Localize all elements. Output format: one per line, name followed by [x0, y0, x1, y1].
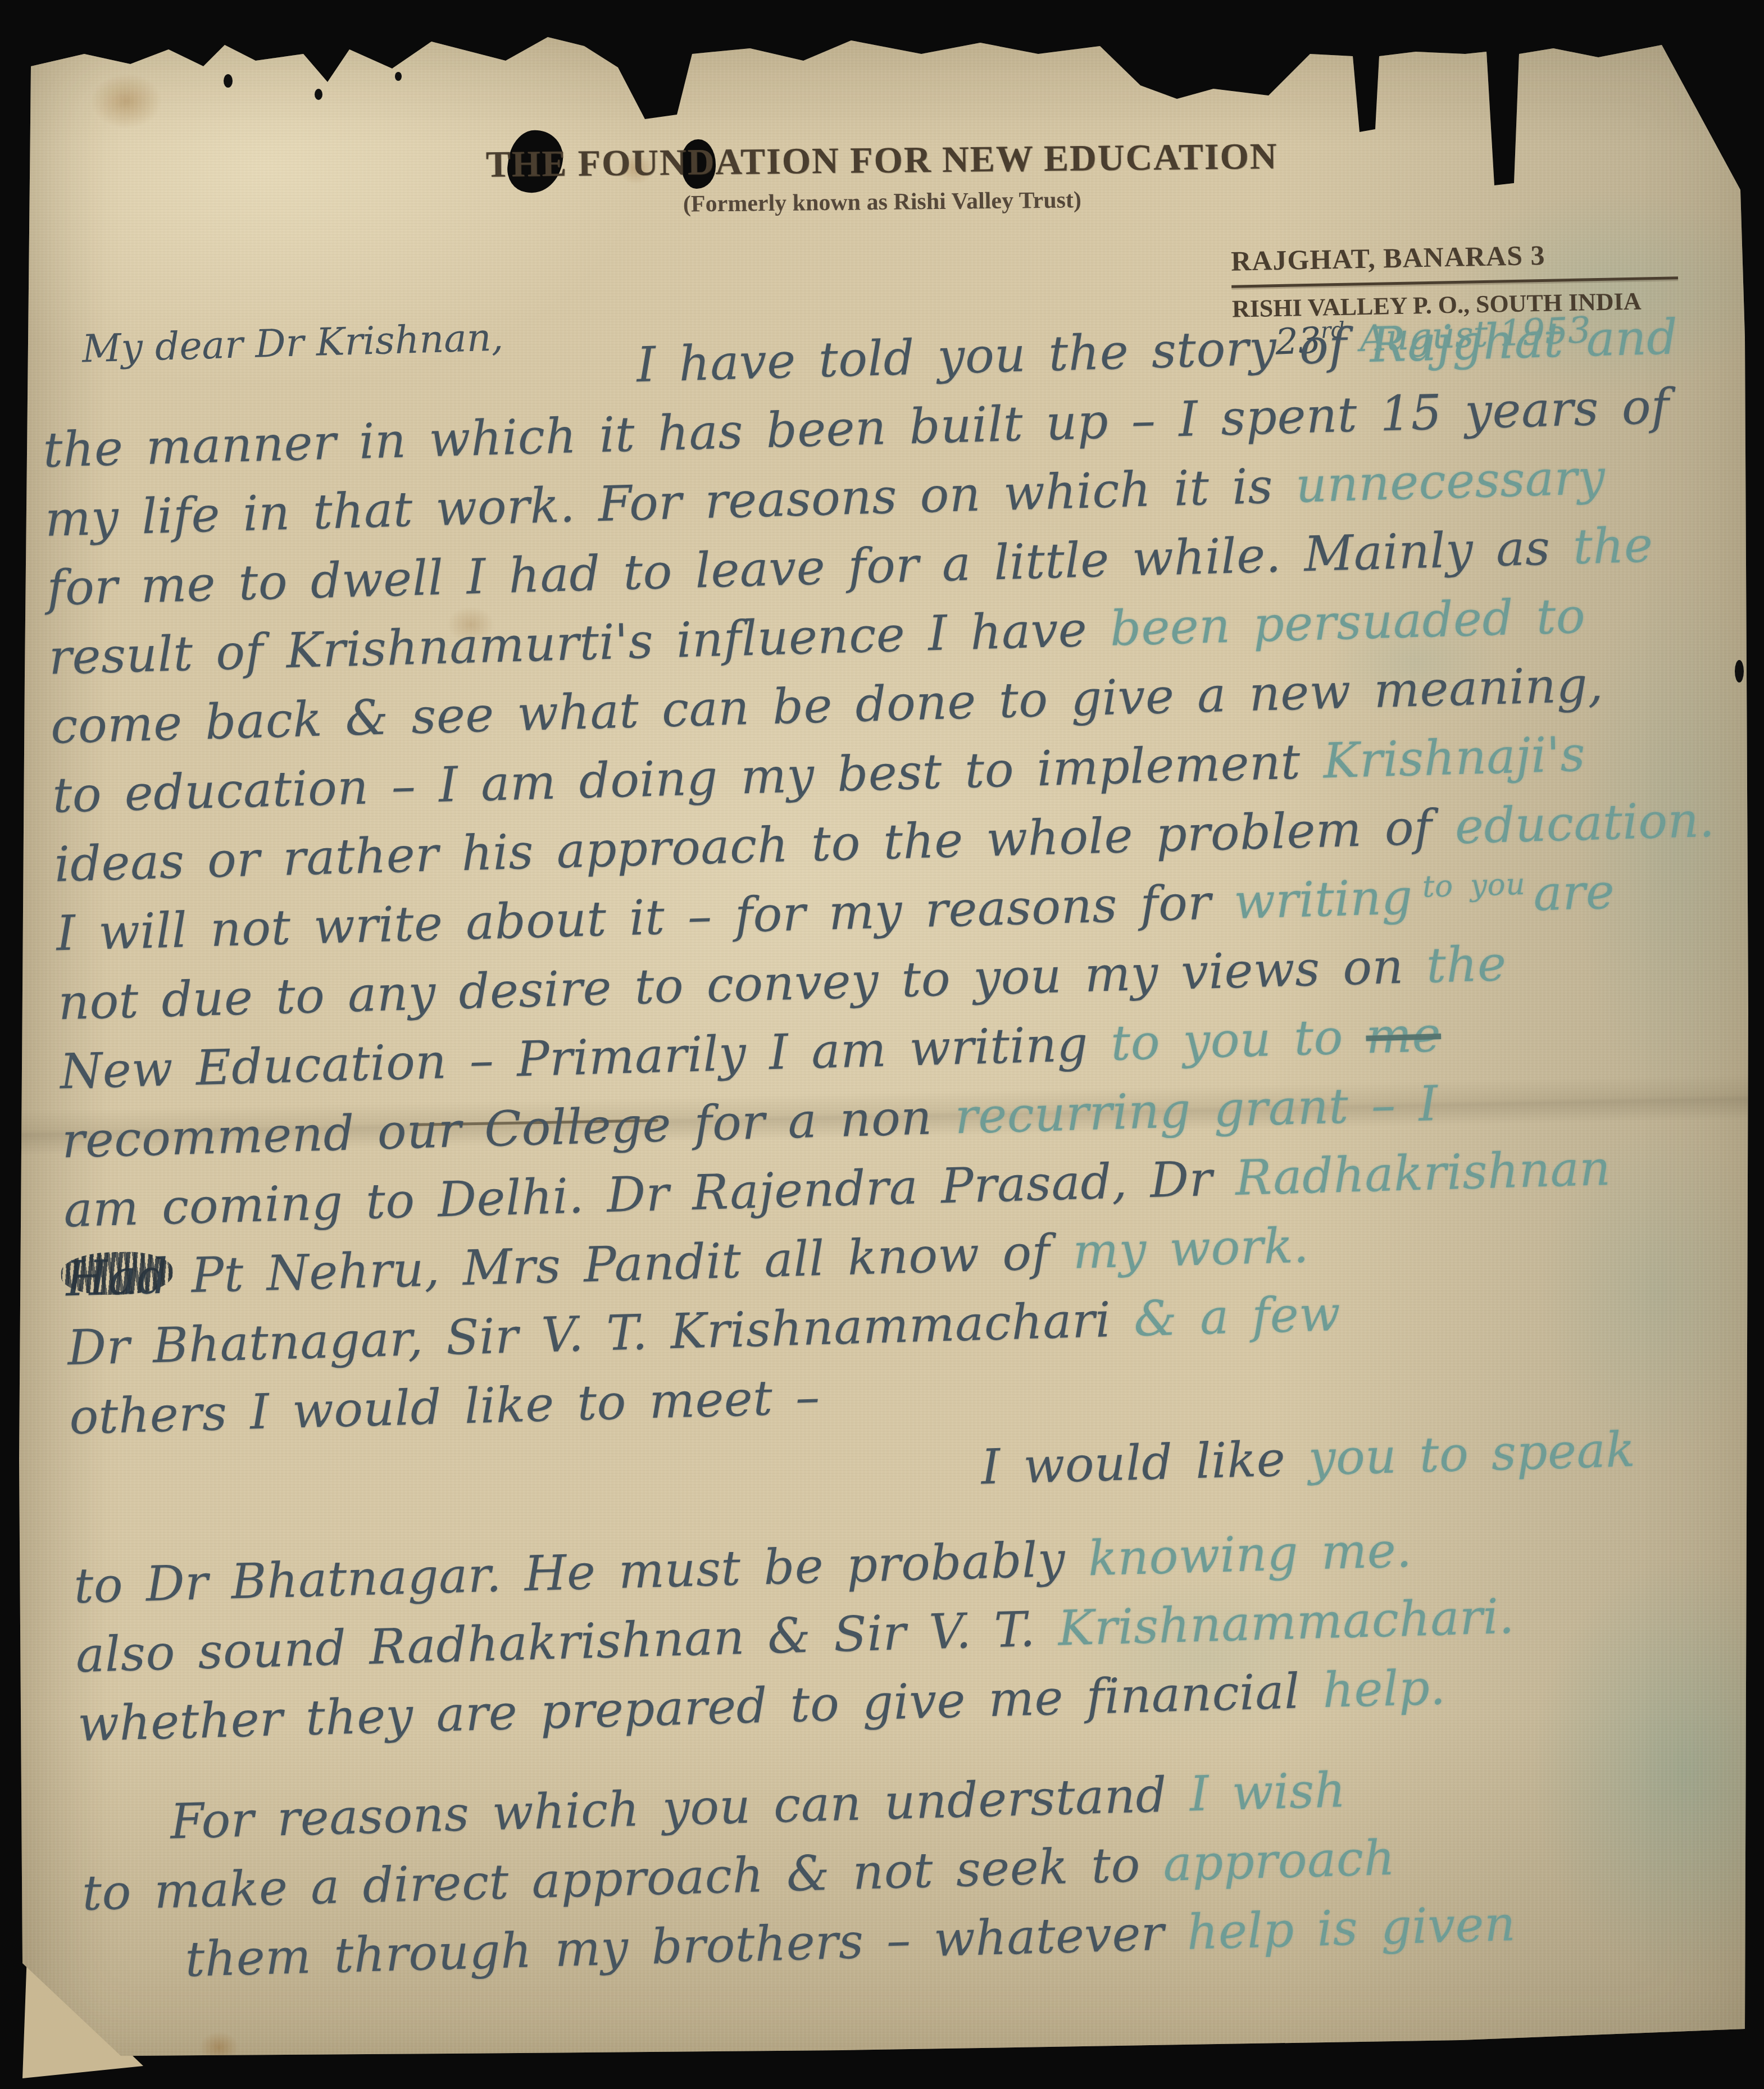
letterhead: THE FOUNDATION FOR NEW EDUCATION (Former… — [0, 130, 1764, 225]
text-segment: I would like — [980, 1431, 1309, 1496]
letter-paper: THE FOUNDATION FOR NEW EDUCATION (Former… — [0, 0, 1764, 2089]
text-segment: Radhakrishnan — [1235, 1140, 1612, 1207]
text-segment: help. — [1322, 1659, 1446, 1719]
text-segment: Krishnammachari. — [1057, 1589, 1515, 1657]
text-segment: writing — [1233, 869, 1413, 930]
text-segment: education. — [1454, 792, 1716, 855]
text-segment: knowing me. — [1088, 1522, 1413, 1587]
text-segment: the — [1426, 936, 1507, 994]
text-segment: approach — [1162, 1830, 1396, 1892]
text-segment: help is given — [1186, 1896, 1516, 1961]
address-line-1: RAJGHAT, BANARAS 3 — [1231, 236, 1678, 277]
text-segment: recurring grant – I — [954, 1076, 1439, 1145]
text-segment: I wish — [1189, 1762, 1346, 1822]
tear-speck — [224, 74, 233, 88]
text-segment: you to speak — [1308, 1422, 1636, 1487]
text-segment: to you to — [1110, 1009, 1367, 1072]
text-segment: to you — [1421, 850, 1526, 922]
text-segment: been persuaded to — [1110, 588, 1586, 657]
text-segment: my work. — [1072, 1218, 1310, 1280]
tear-speck — [395, 72, 402, 81]
text-segment: Krishnaji's — [1322, 726, 1586, 790]
scan-background: { "colors": { "scan_background": "#0a0a0… — [0, 0, 1764, 2089]
letter-body: I have told you the story of Rajghat and… — [40, 302, 1764, 1997]
text-segment: & a few — [1133, 1286, 1342, 1348]
text-segment: unnecessary — [1295, 449, 1606, 514]
text-segment: the — [1572, 517, 1654, 576]
text-segment: Had — [65, 1242, 169, 1314]
address-divider — [1231, 276, 1678, 288]
tear-speck — [315, 89, 322, 100]
text-segment: me — [1365, 1007, 1442, 1065]
letterhead-title: THE FOUNDATION FOR NEW EDUCATION — [0, 130, 1764, 192]
text-segment: I have told you the story of — [636, 317, 1371, 393]
text-segment: others I would like to meet – — [69, 1369, 821, 1445]
text-segment: are — [1533, 864, 1615, 922]
text-segment: Rajghat and — [1369, 309, 1679, 374]
